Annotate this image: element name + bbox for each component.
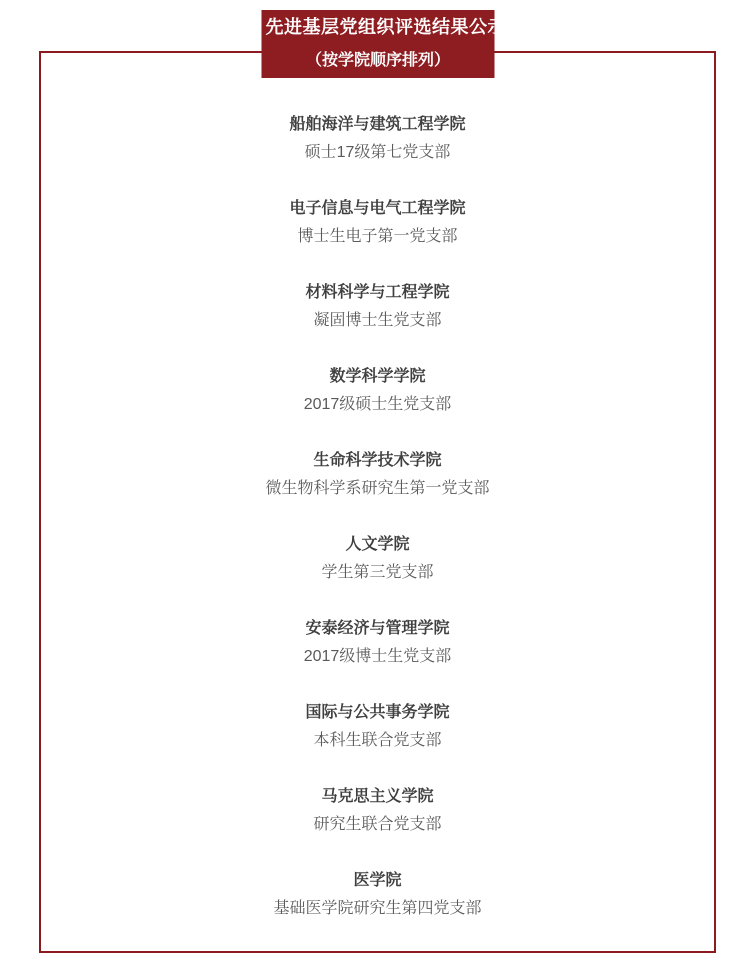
list-item: 材料科学与工程学院 凝固博士生党支部 [41,279,714,334]
list-item: 电子信息与电气工程学院 博士生电子第一党支部 [41,195,714,250]
entry-college-name: 生命科学技术学院 [41,447,714,474]
entry-college-name: 国际与公共事务学院 [41,699,714,726]
announcement-title: 先进基层党组织评选结果公示 [266,10,491,44]
entry-branch-name: 学生第三党支部 [41,559,714,586]
entry-branch-name: 2017级硕士生党支部 [41,391,714,418]
list-item: 生命科学技术学院 微生物科学系研究生第一党支部 [41,447,714,502]
entry-branch-name: 博士生电子第一党支部 [41,223,714,250]
list-item: 马克思主义学院 研究生联合党支部 [41,783,714,838]
entry-college-name: 医学院 [41,867,714,894]
entry-branch-name: 研究生联合党支部 [41,811,714,838]
entry-college-name: 安泰经济与管理学院 [41,615,714,642]
entry-branch-name: 微生物科学系研究生第一党支部 [41,475,714,502]
header-banner: 先进基层党组织评选结果公示 （按学院顺序排列） [262,10,495,78]
list-item: 安泰经济与管理学院 2017级博士生党支部 [41,615,714,670]
entry-branch-name: 基础医学院研究生第四党支部 [41,895,714,922]
list-item: 人文学院 学生第三党支部 [41,531,714,586]
entry-college-name: 马克思主义学院 [41,783,714,810]
list-item: 医学院 基础医学院研究生第四党支部 [41,867,714,922]
entry-college-name: 材料科学与工程学院 [41,279,714,306]
announcement-page: 先进基层党组织评选结果公示 （按学院顺序排列） 船舶海洋与建筑工程学院 硕士17… [0,0,756,965]
list-item: 国际与公共事务学院 本科生联合党支部 [41,699,714,754]
entry-college-name: 船舶海洋与建筑工程学院 [41,111,714,138]
entry-branch-name: 凝固博士生党支部 [41,307,714,334]
content-border-box: 船舶海洋与建筑工程学院 硕士17级第七党支部 电子信息与电气工程学院 博士生电子… [39,51,716,953]
entry-college-name: 电子信息与电气工程学院 [41,195,714,222]
entry-college-name: 数学科学学院 [41,363,714,390]
entry-branch-name: 硕士17级第七党支部 [41,139,714,166]
announcement-subtitle: （按学院顺序排列） [266,44,491,78]
entry-branch-name: 本科生联合党支部 [41,727,714,754]
entry-branch-name: 2017级博士生党支部 [41,643,714,670]
list-item: 船舶海洋与建筑工程学院 硕士17级第七党支部 [41,111,714,166]
entries-list: 船舶海洋与建筑工程学院 硕士17级第七党支部 电子信息与电气工程学院 博士生电子… [41,53,714,922]
list-item: 数学科学学院 2017级硕士生党支部 [41,363,714,418]
entry-college-name: 人文学院 [41,531,714,558]
